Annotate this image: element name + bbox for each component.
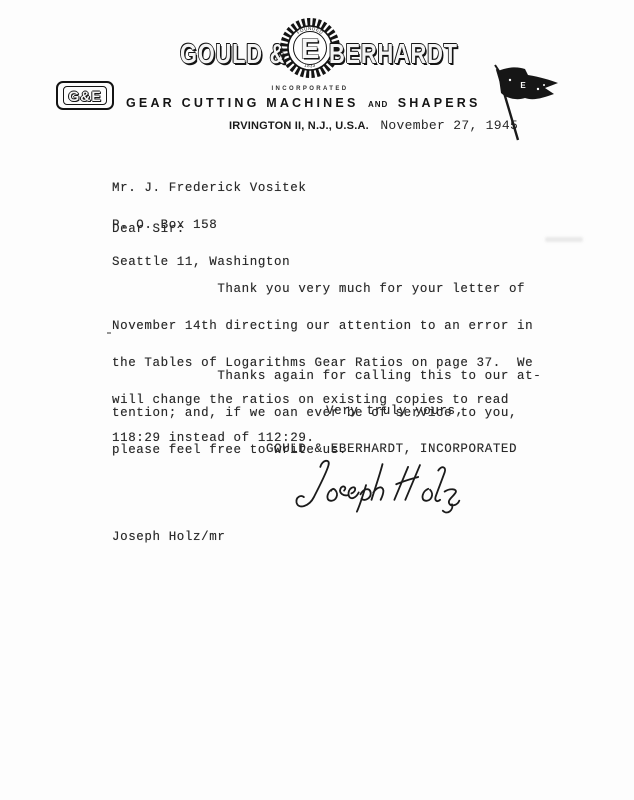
scanned-letter-page: GOULD & FOUNDED 1833 E E BERHARDT G&E IN… <box>0 0 634 800</box>
paragraph-line: November 14th directing our attention to… <box>112 320 533 332</box>
scan-speck <box>107 332 111 334</box>
origin-city: IRVINGTON II, N.J., U.S.A. <box>229 120 369 132</box>
ge-badge-inner-border: G&E <box>63 86 106 105</box>
flag-letter: E <box>520 81 526 90</box>
typist-reference-line: Joseph Holz/mr <box>112 531 225 543</box>
logotype-eberhardt: BERHARDT <box>329 40 458 68</box>
paragraph-line: Thanks again for calling this to our at- <box>112 370 541 382</box>
ge-badge-label: G&E <box>68 88 101 104</box>
salutation: Dear Sir: <box>112 223 185 235</box>
incorporated-label: INCORPORATED <box>258 86 362 92</box>
recipient-name: Mr. J. Frederick Vositek <box>112 182 306 194</box>
tagline-part1: GEAR CUTTING MACHINES <box>126 96 358 110</box>
logotype-gould: GOULD & <box>180 40 286 68</box>
signature-company-line: GOULD & EBERHARDT, INCORPORATED <box>266 443 517 455</box>
pennant-flag-icon: E <box>482 60 582 144</box>
paragraph-line: Thank you very much for your letter of <box>112 283 533 295</box>
tagline-and: AND <box>368 100 388 109</box>
company-tagline: GEAR CUTTING MACHINES AND SHAPERS <box>126 94 481 112</box>
closing-valediction: Very truly yours, <box>326 405 464 417</box>
company-logotype: GOULD & FOUNDED 1833 E E BERHARDT <box>180 14 450 82</box>
tagline-part2: SHAPERS <box>398 96 481 110</box>
ge-badge: G&E <box>56 81 114 110</box>
scan-smudge <box>545 237 583 242</box>
signature-joseph-holz <box>287 455 467 519</box>
gear-letter-e: E <box>301 33 320 64</box>
origin-and-date-line: IRVINGTON II, N.J., U.S.A. November 27, … <box>229 116 518 134</box>
